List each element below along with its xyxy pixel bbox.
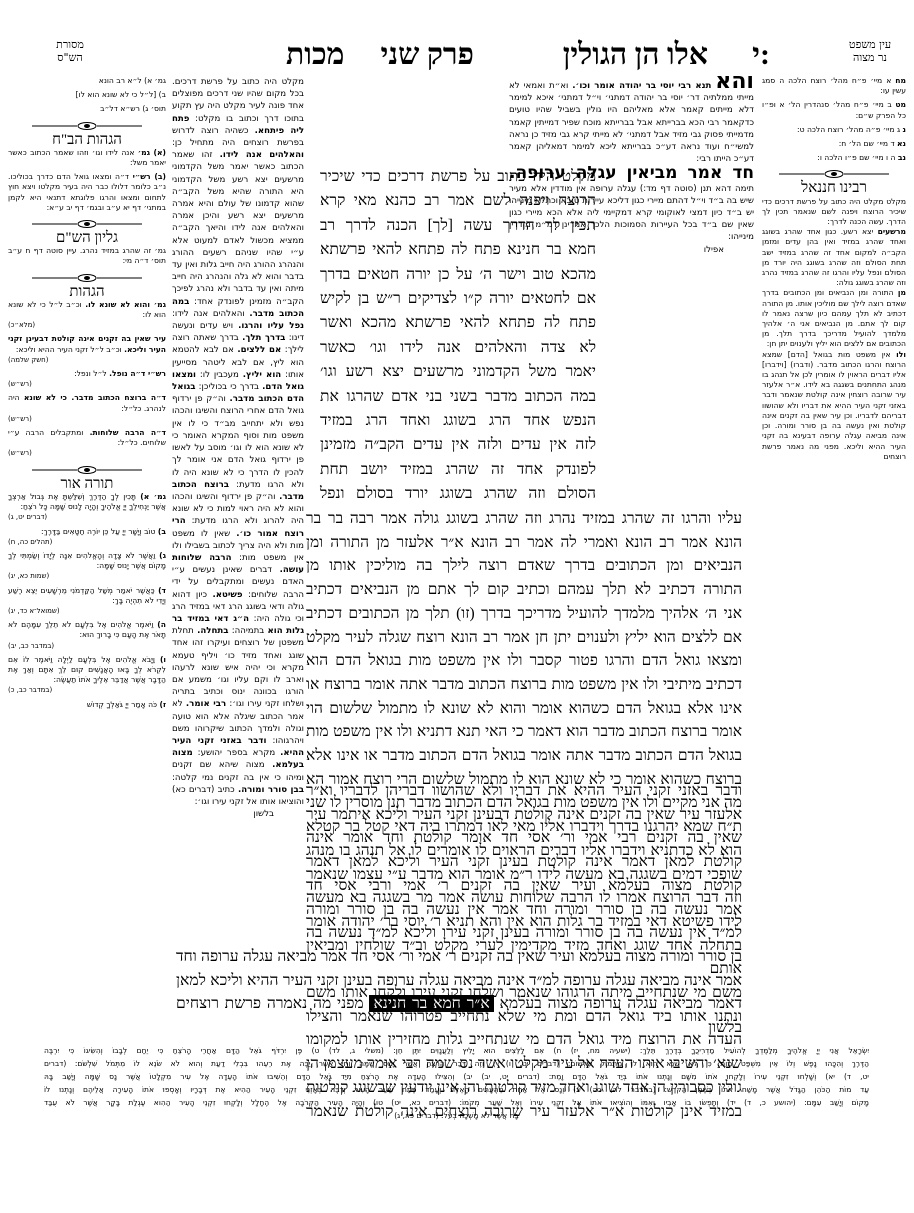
hagahot-habach-entry: (ב) רש״י ד״ה ומצאו גואל הדם כדרך בכוליכו…	[8, 172, 166, 213]
entry-verse: וַיָּבֹא אֱלֹהִים אֶל בִּלְעָם לַיְלָה ו…	[8, 655, 166, 684]
hagahot-entry: ד״ה הרבה שלוחות. ומתקבלים הרבה ע״י שלוחי…	[8, 428, 166, 459]
rc-dibbur: מרשעים	[878, 227, 906, 236]
gemara-top-block: מקלט היה כתוב על פרשת דרכים כדי שיכיר הר…	[320, 165, 596, 507]
entry-source: (רש״ש)	[8, 448, 166, 458]
entry-source: (תהלים כה, ח)	[8, 537, 166, 547]
ein-mishpat-entry: נב ה ו מיי׳ שם פ״ו הלכה ו:	[762, 153, 906, 163]
gemara-line: ודבר באזני זקני העיר ההיא את דבריו ולא ש…	[306, 779, 742, 803]
rashi-dibbur: אם ללצים.	[237, 345, 281, 355]
gemara-highlighted-phrase[interactable]: א״ר חמא בר חנינא	[369, 995, 493, 1012]
ein-mishpat-entry: מח א מיי׳ פ״ח מהל׳ רוצח הלכה ה סמג עשין …	[762, 76, 906, 96]
perek-label: פרק שני	[381, 38, 474, 72]
gemara-last-line-post: מפני מה נאמרה פרשת רוצחים	[176, 995, 364, 1012]
chapter-name: אלו הן הגולין	[563, 38, 708, 72]
torah-or-entry: ד) כַּאֲשֶׁר יֹאמַר מְשַׁל הַקַּדְמֹנִי …	[8, 586, 166, 617]
rashi-text: תחלת משפטן של רוצחים ועיקרו זהו אחד שוגג…	[172, 626, 304, 709]
entry-dibbur: רש״י ד״ה נופל.	[109, 369, 166, 378]
gemara-line: אם לחטאים יורה ק״ו לצדיקים ר״ש בן לקיש	[320, 287, 596, 311]
bottom-verses: יִשְׂרָאֵל אֲנִי יְיָ אֱלֹהֶיךָ מְלַמֶּד…	[44, 1044, 869, 1122]
gilyon-hashas-title: גליון הש"ם	[8, 233, 166, 243]
gemara-line: עליו והרגו זה שהרג במזיד נהרג וזה שהרג ב…	[306, 507, 742, 531]
ornament-divider-icon	[27, 219, 147, 229]
verse-line: הַדֶּרֶךְ וְהִכָּהוּ נָפֶשׁ וְלוֹ אֵין מ…	[44, 1057, 869, 1070]
hagahot-habach-title: הגהות הב"ח	[8, 135, 166, 145]
tosafot-text: וא״ת ואמאי לא מייתי ממלתיה דר׳ יוסי בר י…	[509, 81, 754, 164]
entry-mark: ד)	[158, 586, 166, 595]
gemara-last-line: דאמר מביאה עגלה ערופה מצוה בעלמא א״ר חמא…	[176, 992, 742, 1016]
entry-source: (מלא״כ)	[8, 320, 166, 330]
rashi-text: בתמיהה:	[232, 626, 265, 636]
entry-verse: וַיֹּאמֶר אֱלֹהִים אֶל בִּלְעָם לֹא תֵלֵ…	[8, 620, 166, 639]
rashi-text: מקלט היה כתוב על פרשת דרכים. בכל מקום שה…	[172, 77, 304, 124]
verse-line: בָּהּ אֲשֶׁר לֹא מָשְׁכָה בְּעֹל: (דברים…	[44, 1109, 869, 1122]
gemara-body-lower-2: ודבר באזני זקני העיר ההיא את דבריו ולא ש…	[306, 779, 742, 945]
entry-dibbur: ד״ה הרבה שלוחות.	[90, 428, 166, 437]
hagahot-title: הגהות	[8, 287, 166, 297]
masoret-entry: גמ׳ א) ל״א רב הונא	[8, 76, 166, 86]
masoret-hashas: גמ׳ א) ל״א רב הונא ב) [ל״ל כי לא שונא הו…	[8, 76, 166, 115]
ornament-divider-icon	[27, 121, 147, 131]
torah-or-entry: ג) וַאֲשֶׁר לֹא צָדָה וְהָאֱלֹהִים אִנָּ…	[8, 551, 166, 582]
daf-number: י:	[752, 38, 770, 72]
gemara-line: מקלט היה כתוב על פרשת דרכים כדי שיכיר	[320, 165, 596, 189]
tosafot-catchword-text: אפילו	[704, 245, 724, 255]
torah-or-entry: ז) כֹּה אָמַר יְיָ גֹּאַלְךָ קְדוֹשׁ	[8, 700, 166, 710]
gemara-line: בגואל הדם הכתוב מדבר אתה אומר בגואל הדם …	[306, 744, 742, 768]
rashi-dibbur: בבן סורר ומורה.	[238, 785, 304, 795]
rabbeinu-chananel-title: רבינו חננאל	[762, 183, 906, 193]
rashi-text: והאלהים אנה לידו:	[172, 309, 245, 319]
entry-mark: ו)	[160, 655, 166, 664]
rashi-dibbur: בתחלה.	[197, 626, 228, 636]
gemara-line: הונא אמר רב הונא ואמרי לה אמר רב הונא א״…	[306, 531, 742, 555]
entry-source: (חשק שלמה)	[8, 355, 166, 365]
rc-text: אין משפט מות בגואל [הדם] שמצא הרוצח והרג…	[762, 350, 906, 461]
tosafot-dibbur-hamatchil: והא	[715, 69, 754, 94]
gemara-line: יאמר משל הקדמוני מרשעים יצא רשע וגו׳	[320, 360, 596, 384]
gemara-line: הנביאים ומן הכתובים בדרך שאדם רוצה לילך …	[306, 554, 742, 578]
masoret-entry: ב) [ל״ל כי לא שונא הוא לו]	[8, 90, 166, 100]
gemara-line: בן סורר ומורה מצוה בעלמא ועיר שאין בה זק…	[176, 945, 742, 969]
ornament-divider-icon	[27, 273, 147, 283]
entry-text: א מיי׳ פ״ח מהל׳ רוצח הלכה ה סמג עשין עו:	[762, 76, 906, 95]
ein-mishpat-column: מח א מיי׳ פ״ח מהל׳ רוצח הלכה ה סמג עשין …	[762, 76, 906, 462]
entry-mark: ג)	[159, 551, 166, 560]
rc-paragraph: מקלט מקלט היה כתוב על פרשת דרכים כדי שיכ…	[762, 197, 906, 228]
rashi-paragraph: מקלט היה כתוב על פרשת דרכים. בכל מקום שה…	[172, 76, 304, 808]
gemara-line: אלעזר עיר שאין בה זקנים אינה קולטת דבעינ…	[306, 803, 742, 827]
entry-source: (במדבר כב, יב)	[8, 641, 166, 651]
entry-verse: כֹּה אָמַר יְיָ גֹּאַלְךָ קְדוֹשׁ	[87, 700, 157, 709]
gemara-line: לפונדק אחד זה שהרג במזיד יושב תחת	[320, 458, 596, 482]
rashi-dibbur: בדרך תלך.	[242, 333, 285, 343]
gemara-line: ומצאו גואל הדם והרגו פטור קסבר ולו אין מ…	[306, 649, 742, 673]
rc-paragraph: מן התורה ומן הנביאים ומן הכתובים בדרך שא…	[762, 288, 906, 349]
ornament-divider-icon	[27, 465, 147, 475]
ein-mishpat-entry: נא ד מיי׳ שם הל׳ ח:	[762, 139, 906, 149]
entry-mark: נב	[898, 153, 906, 162]
entry-mark: ה)	[157, 620, 166, 629]
left-margin-column: גמ׳ א) ל״א רב הונא ב) [ל״ל כי לא שונא הו…	[8, 76, 166, 714]
rc-text: מקלט מקלט היה כתוב על פרשת דרכים כדי שיכ…	[762, 197, 906, 226]
entry-verse: כַּאֲשֶׁר יֹאמַר מְשַׁל הַקַּדְמֹנִי מֵר…	[8, 586, 166, 605]
rc-text: התורה ומן הנביאים ומן הכתובים בדרך שאדם …	[762, 288, 906, 348]
gemara-line: פתח לה פתחא להאי פרשתא מהכא ואשר	[320, 311, 596, 335]
entry-text: ה ו מיי׳ שם פ״ו הלכה ו:	[817, 153, 895, 162]
gemara-line: אם ללצים הוא יליץ ולענוים יתן חן אמר רב …	[306, 626, 742, 650]
rc-dibbur: ולו	[896, 350, 906, 359]
rashi-dibbur: הוא יליץ.	[243, 370, 281, 380]
rashi-catchword: בלשון	[172, 808, 304, 820]
gemara-line: שאין בה זקנים רבי אמי ור׳ אסי חד אומר קו…	[306, 826, 742, 850]
entry-verse: וַאֲשֶׁר לֹא צָדָה וְהָאֱלֹהִים אִנָּה ל…	[8, 551, 166, 570]
rc-text: יצא רשע. כגון אחד שהרג בשוגג ואחד שהרג ב…	[762, 227, 906, 287]
gemara-line: תכין לך הדרך עשה [לך] הכנה לדרך רב	[320, 214, 596, 238]
gemara-bottom-full: בן סורר ומורה מצוה בעלמא ועיר שאין בה זק…	[176, 945, 742, 992]
entry-mark: ז)	[159, 700, 166, 709]
hagahot-entry: עיר שאין בה זקנים אינה קולטת דבעינן זקני…	[8, 334, 166, 365]
ein-mishpat-label-line1: עין משפט	[840, 38, 900, 51]
entry-mark: (א) גמ׳	[138, 148, 166, 157]
entry-text: ל״ל ונפל:	[74, 369, 107, 378]
hagahot-habach-entry: (א) גמ׳ אנה לידו וגו׳ וזהו שאמר הכתוב כא…	[8, 148, 166, 168]
verse-line: מָקוֹם וְיָשַׁב עִמָּם: (יהושע כ, ד) יד)…	[44, 1096, 869, 1109]
entry-mark: מט	[895, 100, 906, 109]
rashi-column: מקלט היה כתוב על פרשת דרכים. בכל מקום שה…	[172, 76, 304, 820]
entry-source: (במדבר כב, כ)	[8, 685, 166, 695]
gemara-line: אינו אלא בגואל הדם כשהוא אומר והוא לא שו…	[306, 697, 742, 721]
rashi-dibbur: והאלהים אנה לידו.	[220, 150, 304, 160]
tosafot-dibbur-rest: תנא רבי יוסי בר יהודה אומר וכו׳.	[572, 81, 711, 91]
gemara-line: אמר אינה מביאה עגלה ערופה למ״ד אינה מביא…	[176, 969, 742, 993]
rashi-text: מעכבין לו:	[200, 370, 239, 380]
rashi-text: וה״ק פן ירדוף גואל הדם אחרי הרוצח והשיגו…	[172, 394, 304, 489]
tosafot-opening: והא תנא רבי יוסי בר יהודה אומר וכו׳. וא״…	[509, 76, 754, 165]
masoret-label-line1: מסורת	[40, 38, 100, 51]
hagahot-entry: רש״י ד״ה נופל. ל״ל ונפל:(רש״ש)	[8, 369, 166, 389]
entry-source: (רש״ש)	[8, 414, 166, 424]
entry-mark: מח	[895, 76, 906, 85]
gemara-line: הנפש אחד הרג בשוגג ואחד הרג במזיד	[320, 409, 596, 433]
entry-mark: נ	[903, 125, 906, 134]
entry-source: (דברים יט, ג)	[8, 512, 166, 522]
masoret-hashas-label: מסורת הש"ס	[40, 38, 100, 64]
gemara-last-line-pre: דאמר מביאה עגלה ערופה מצוה בעלמא	[500, 995, 743, 1012]
masoret-entry: תוס׳ ג) רש״א דל״ב	[8, 104, 166, 114]
gemara-line: קולטת מצוה בעלמא ועיר שאין בה זקנים ר׳ א…	[306, 874, 742, 898]
ein-mishpat-entry: נ ג מיי׳ פ״ה מהל׳ רוצח הלכה ט:	[762, 125, 906, 135]
torah-or-entry: ב) טוֹב וְיָשָׁר יְיָ עַל כֵּן יוֹרֶה חַ…	[8, 527, 166, 547]
gemara-line: קולטת למאן דאמר אינה קולטת בעינן זקני הע…	[306, 850, 742, 874]
entry-text: ב מיי׳ פ״ח מהל׳ סנהדרין הל׳ א ופ״ו כל הפ…	[762, 100, 906, 119]
entry-source: (שמואל־א כד, יג)	[8, 606, 166, 616]
rashi-catchword-text: בלשון	[253, 809, 274, 819]
gemara-line: למ״ד אין נעשה בה בן סורר ומורה בעינן זקנ…	[306, 921, 742, 945]
rabbeinu-chananel-text: מקלט מקלט היה כתוב על פרשת דרכים כדי שיכ…	[762, 197, 906, 462]
ornament-divider-icon	[774, 169, 894, 179]
rc-dibbur: מן	[898, 288, 906, 297]
hagahot-entry: גמ׳ והוא לא שונא לו. וכ״ב ל״ל כי לא שונא…	[8, 300, 166, 331]
entry-text: וכ״ב ל״ל זקני העיר ההיא וליכא:	[16, 345, 122, 354]
torah-or-entry: ה) וַיֹּאמֶר אֱלֹהִים אֶל בִּלְעָם לֹא ת…	[8, 620, 166, 651]
gemara-line: במה הכתוב מדבר בשני בני אדם שהרגו את	[320, 385, 596, 409]
entry-mark: ב)	[158, 527, 166, 536]
gilyon-hashas-text: גמ׳ זה שהרג במזיד נהרג. עיין סוטה דף ח ע…	[8, 246, 166, 266]
gemara-line: התורה דכתיב לא תלך עמהם וכתיב קום לך אתם…	[306, 578, 742, 602]
torah-or-entry: ו) וַיָּבֹא אֱלֹהִים אֶל בִּלְעָם לַיְלָ…	[8, 655, 166, 696]
rc-paragraph: מרשעים יצא רשע. כגון אחד שהרג בשוגג ואחד…	[762, 227, 906, 288]
gemara-line: אומר ברוצח הכתוב מדבר הוא דאמר כי האי תנ…	[306, 720, 742, 744]
rashi-dibbur: רבי אומר.	[186, 699, 226, 709]
tractate-name: מכות	[286, 38, 344, 72]
torah-or-title: תורה אור	[8, 479, 166, 489]
hagahot-entry: ד״ה ברוצח הכתוב מדבר. כי לא שונא היה לנה…	[8, 393, 166, 424]
gemara-line: דכתיב מיתיבי ולו אין משפט מות ברוצח הכתו…	[306, 673, 742, 697]
gemara-catchword: בלשון	[708, 1016, 742, 1040]
entry-source: (שמות כא, יג)	[8, 571, 166, 581]
rashi-text: זהו שאמר הכתוב כאשר יאמר משל הקדמוני מרש…	[172, 150, 304, 306]
gemara-line: הרוצח ויפנה לשם אמר רב כהנא מאי קרא	[320, 189, 596, 213]
ein-mishpat-label-line2: נר מצוה	[840, 51, 900, 64]
entry-dibbur: גמ׳ והוא לא שונא לו.	[85, 300, 166, 309]
entry-mark: נא	[897, 139, 906, 148]
rashi-dibbur: פשיטא.	[213, 590, 243, 600]
verse-line: יִשְׂרָאֵל אֲנִי יְיָ אֱלֹהֶיךָ מְלַמֶּד…	[44, 1044, 869, 1057]
gemara-line: אמר נעשה בה בן סורר ומורה וחד אמר אין נע…	[306, 898, 742, 922]
verse-line: יט, ד) יא) וְשָׁלְחוּ זִקְנֵי עִירוֹ וְל…	[44, 1070, 869, 1083]
gemara-line: לזה אין עדים ולזה אין עדים הקב״ה מזמינן	[320, 433, 596, 457]
rashi-text: מקרא בספר יהושע:	[198, 748, 275, 758]
gemara-line: הסולם וזה שהרג בשוגג יורד בסולם ונפל	[320, 482, 596, 506]
ein-mishpat-label: עין משפט נר מצוה	[840, 38, 900, 64]
entry-source: (רש״ש)	[8, 379, 166, 389]
entry-mark: גמ׳ א)	[140, 492, 166, 501]
rashi-dibbur: נפל עליו והרגו.	[238, 321, 304, 331]
ein-mishpat-entry: מט ב מיי׳ פ״ח מהל׳ סנהדרין הל׳ א ופ״ו כל…	[762, 100, 906, 120]
verse-line: עַד מוֹת הַכֹּהֵן הַגָּדֹל אֲשֶׁר מָשַׁח…	[44, 1083, 869, 1096]
entry-dibbur: ד״ה ברוצח הכתוב מדבר. כי לא שונא	[24, 393, 166, 402]
gemara-line: לא צדה והאלהים אנה לידו וגו׳ כאשר	[320, 336, 596, 360]
torah-or-entry: גמ׳ א) תָּכִין לְךָ הַדֶּרֶךְ וְשִׁלַּשְ…	[8, 492, 166, 523]
entry-text: ג מיי׳ פ״ה מהל׳ רוצח הלכה ט:	[797, 125, 900, 134]
gemara-line: אני ה׳ אלהיך מלמדך להועיל מדריכך בדרך (ז…	[306, 602, 742, 626]
masoret-label-line2: הש"ס	[40, 51, 100, 64]
gemara-line: מהכא טוב וישר ה׳ על כן יורה חטאים בדרך	[320, 263, 596, 287]
rashi-text: בדרך כי בכוליכן:	[199, 382, 259, 392]
entry-mark: (ב) רש״י	[133, 172, 166, 181]
entry-verse: טוֹב וְיָשָׁר יְיָ עַל כֵּן יוֹרֶה חַטָּ…	[41, 527, 156, 536]
rc-paragraph: ולו אין משפט מות בגואל [הדם] שמצא הרוצח …	[762, 350, 906, 462]
entry-text: ד מיי׳ שם הל׳ ח:	[839, 139, 895, 148]
gemara-line: חמא בר חנינא פתח לה פתחא להאי פרשתא	[320, 238, 596, 262]
